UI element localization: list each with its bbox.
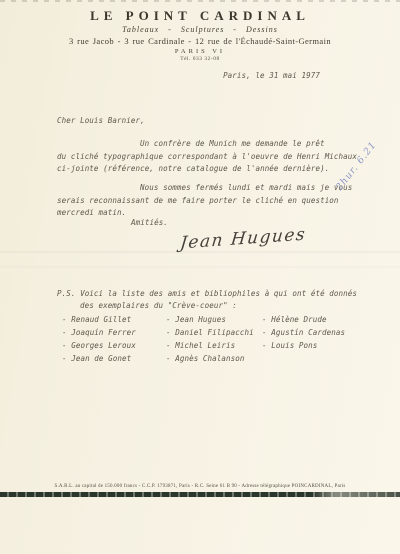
paper-crease bbox=[0, 251, 400, 258]
salutation: Cher Louis Barnier, bbox=[57, 116, 145, 125]
handwritten-signature: Jean Hugues bbox=[179, 224, 307, 253]
footer-legal-text: S.A.R.L. au capital de 150.000 francs - … bbox=[0, 484, 400, 489]
list-item: - Georges Leroux bbox=[62, 339, 136, 352]
body-paragraph2-line1: Nous sommes fermés lundi et mardi mais j… bbox=[140, 183, 352, 192]
recipient-list-column3: - Hélène Drude - Agustín Cardenas - Loui… bbox=[262, 313, 345, 352]
list-item: - Daniel Filipacchi bbox=[166, 326, 254, 339]
closing: Amitiés. bbox=[131, 218, 168, 227]
body-paragraph2-line3: mercredi matin. bbox=[57, 208, 126, 217]
gallery-subtitle: Tableaux - Sculptures - Dessins bbox=[0, 25, 400, 34]
gallery-phone: Tél. 033 32-08 bbox=[0, 56, 400, 62]
list-item: - Louis Pons bbox=[262, 339, 345, 352]
list-item: - Jean de Gonet bbox=[62, 352, 136, 365]
recipient-list-column2: - Jean Hugues - Daniel Filipacchi - Mich… bbox=[166, 313, 254, 365]
dateline: Paris, le 31 mai 1977 bbox=[223, 71, 320, 80]
postscript-line2: des exemplaires du "Crève-coeur" : bbox=[80, 301, 237, 310]
handwritten-margin-annotation: 2hur. 6.21 bbox=[334, 140, 379, 193]
body-paragraph1-line1: Un confrère de Munich me demande le prêt bbox=[140, 139, 325, 148]
gallery-title: LE POINT CARDINAL bbox=[0, 8, 400, 24]
body-paragraph1-line3: ci-jointe (référence, notre catalogue de… bbox=[57, 164, 329, 173]
list-item: - Hélène Drude bbox=[262, 313, 345, 326]
body-paragraph1-line2: du cliché typographique correspondant à … bbox=[57, 152, 357, 161]
list-item: - Michel Leiris bbox=[166, 339, 254, 352]
recipient-list-column1: - Renaud Gillet - Joaquín Ferrer - Georg… bbox=[62, 313, 136, 365]
list-item: - Agustín Cardenas bbox=[262, 326, 345, 339]
footer-bar bbox=[0, 492, 400, 497]
body-paragraph2-line2: serais reconnaissant de me faire porter … bbox=[57, 196, 339, 205]
paper-crease bbox=[0, 266, 400, 273]
gallery-address: 3 rue Jacob - 3 rue Cardinale - 12 rue d… bbox=[0, 36, 400, 46]
scan-edge-artifact bbox=[0, 0, 400, 2]
list-item: - Agnès Chalanson bbox=[166, 352, 254, 365]
list-item: - Renaud Gillet bbox=[62, 313, 136, 326]
list-item: - Joaquín Ferrer bbox=[62, 326, 136, 339]
letter-page: LE POINT CARDINAL Tableaux - Sculptures … bbox=[0, 0, 400, 554]
postscript-line1: P.S. Voici la liste des amis et biblioph… bbox=[57, 289, 357, 298]
gallery-district: PARIS VI bbox=[0, 48, 400, 55]
list-item: - Jean Hugues bbox=[166, 313, 254, 326]
